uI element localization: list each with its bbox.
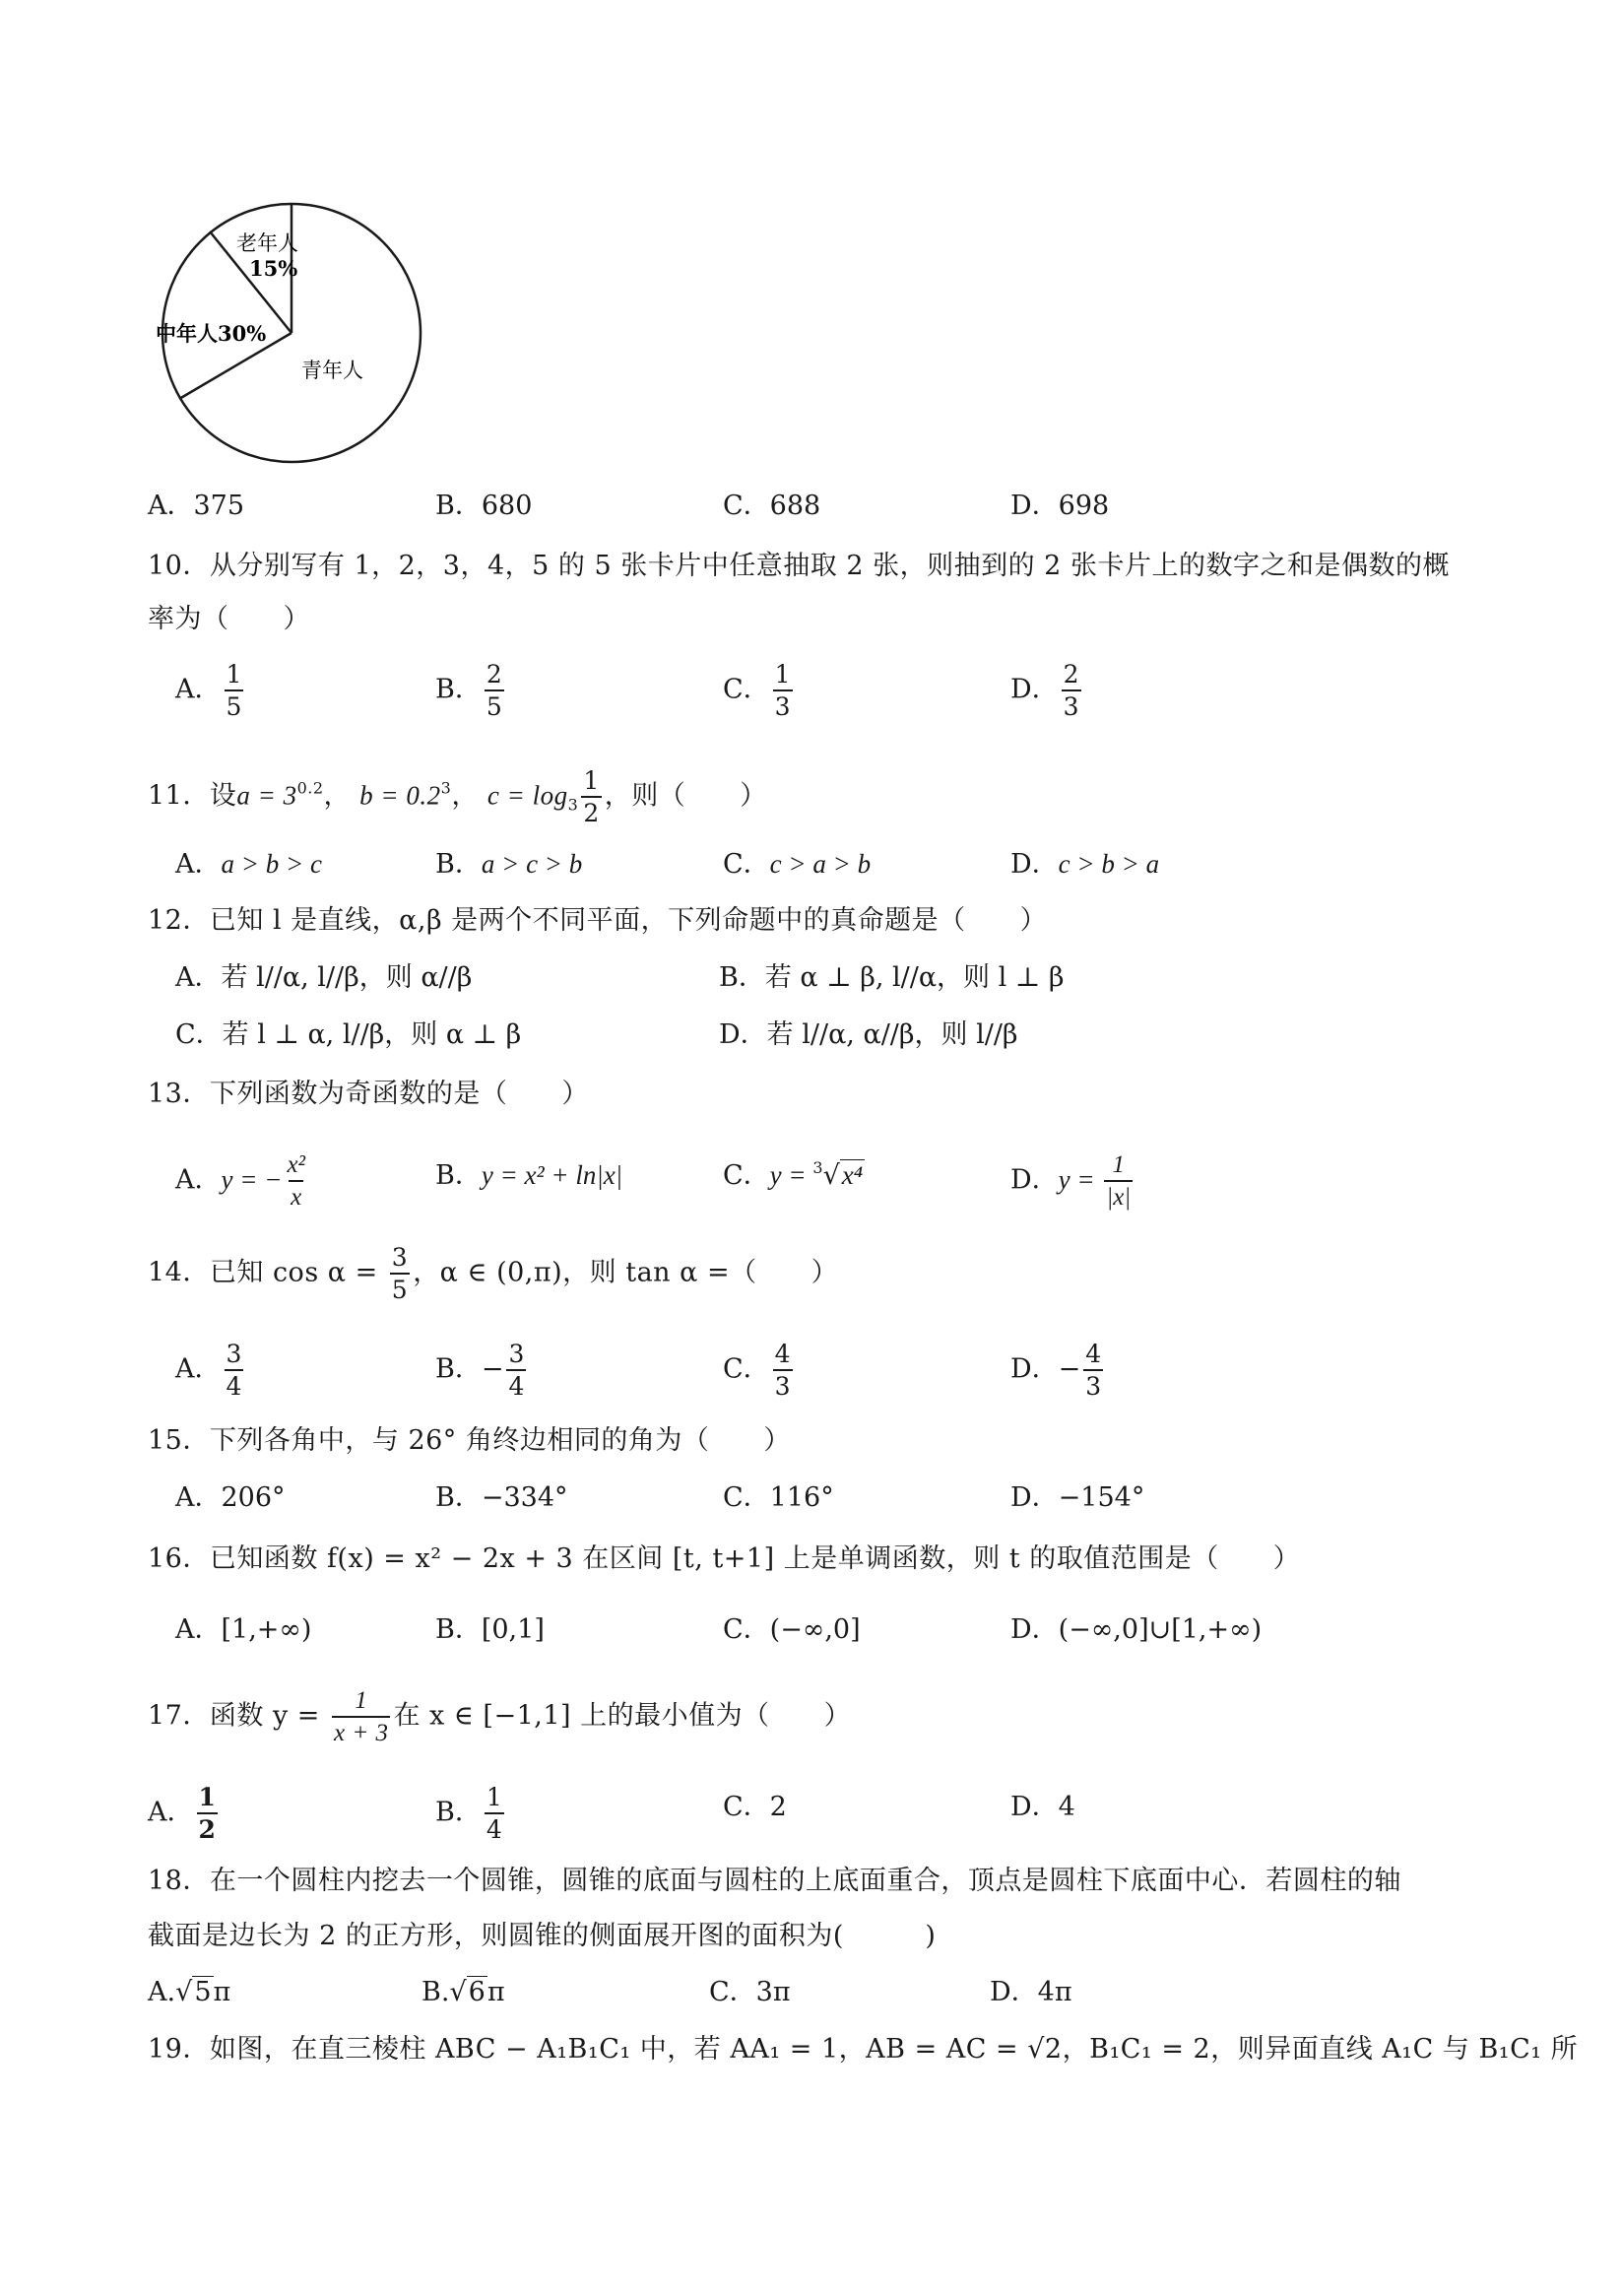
- q16-stem: 16．已知函数 f(x) = x² − 2x + 3 在区间 [t, t+1] …: [148, 1542, 1300, 1576]
- age-distribution-pie-chart: 老年人 15% 中年人30% 青年人: [156, 197, 431, 473]
- q16-option-c[interactable]: C．(−∞,0]: [723, 1613, 861, 1647]
- q18-option-c[interactable]: C．3π: [709, 1976, 791, 2009]
- q15-option-d[interactable]: D．−154°: [1010, 1481, 1144, 1515]
- q11-option-a[interactable]: A．a > b > c: [175, 847, 322, 882]
- q10-stem-line1: 10．从分别写有 1，2，3，4，5 的 5 张卡片中任意抽取 2 张，则抽到的…: [148, 550, 1450, 583]
- q15-option-b[interactable]: B．−334°: [435, 1481, 568, 1515]
- q16-option-a[interactable]: A．[1,+∞): [175, 1613, 311, 1647]
- pie-label-youth: 青年人: [301, 359, 363, 382]
- q10-option-b[interactable]: B．25: [435, 662, 507, 719]
- q9-option-c[interactable]: C．688: [723, 490, 820, 523]
- q15-option-c[interactable]: C．116°: [723, 1481, 834, 1515]
- q12-option-d[interactable]: D．若 l//α, α//β，则 l//β: [719, 1018, 1018, 1052]
- pie-label-elderly-pct: 15%: [249, 256, 297, 281]
- q18-option-a[interactable]: A.√5π: [148, 1976, 230, 2009]
- q13-stem: 13．下列函数为奇函数的是（ ）: [148, 1078, 589, 1111]
- q17-option-d[interactable]: D．4: [1010, 1791, 1075, 1824]
- q12-option-b[interactable]: B．若 α ⊥ β, l//α，则 l ⊥ β: [719, 961, 1064, 995]
- q10-option-a[interactable]: A．15: [175, 662, 246, 719]
- q14-option-c[interactable]: C．43: [723, 1342, 796, 1399]
- pie-label-elderly: 老年人: [236, 231, 298, 255]
- q18-stem-line2: 截面是边长为 2 的正方形，则圆锥的侧面展开图的面积为( ): [148, 1920, 936, 1953]
- pie-label-middle: 中年人30%: [156, 321, 266, 346]
- q14-option-d[interactable]: D．−43: [1010, 1342, 1106, 1399]
- q19-stem: 19．如图，在直三棱柱 ABC − A₁B₁C₁ 中，若 AA₁ = 1，AB …: [148, 2033, 1578, 2066]
- q9-option-b[interactable]: B．680: [435, 490, 532, 523]
- q18-stem-line1: 18．在一个圆柱内挖去一个圆锥，圆锥的底面与圆柱的上底面重合，顶点是圆柱下底面中…: [148, 1865, 1401, 1898]
- q17-option-b[interactable]: B．14: [435, 1785, 507, 1842]
- q17-stem: 17．函数 y = 1x + 3在 x ∈ [−1,1] 上的最小值为（ ）: [148, 1688, 851, 1745]
- q12-stem: 12．已知 l 是直线，α,β 是两个不同平面，下列命题中的真命题是（ ）: [148, 904, 1047, 938]
- q18-option-b[interactable]: B.√6π: [421, 1976, 505, 2009]
- q11-option-d[interactable]: D．c > b > a: [1010, 847, 1159, 882]
- q16-option-d[interactable]: D．(−∞,0]∪[1,+∞): [1010, 1613, 1262, 1647]
- q11-stem: 11．设a = 30.2， b = 0.23， c = log312，则（ ）: [148, 768, 767, 825]
- q14-stem: 14．已知 cos α = 35，α ∈ (0,π)，则 tan α =（ ）: [148, 1245, 838, 1302]
- q13-option-d[interactable]: D．y = 1|x|: [1010, 1152, 1135, 1210]
- q17-option-a[interactable]: A．12: [148, 1785, 221, 1842]
- q17-option-c[interactable]: C．2: [723, 1791, 787, 1824]
- q12-option-a[interactable]: A．若 l//α, l//β，则 α//β: [175, 961, 472, 995]
- q13-option-b[interactable]: B．y = x² + ln|x|: [435, 1158, 622, 1193]
- q10-option-c[interactable]: C．13: [723, 662, 796, 719]
- q12-option-c[interactable]: C．若 l ⊥ α, l//β，则 α ⊥ β: [175, 1018, 521, 1052]
- q14-option-b[interactable]: B．−34: [435, 1342, 529, 1399]
- q15-option-a[interactable]: A．206°: [175, 1481, 286, 1515]
- q13-option-a[interactable]: A．y = −x²x: [175, 1152, 310, 1210]
- q11-option-b[interactable]: B．a > c > b: [435, 847, 582, 882]
- q15-stem: 15．下列各角中，与 26° 角终边相同的角为（ ）: [148, 1424, 791, 1458]
- q18-option-d[interactable]: D．4π: [990, 1976, 1072, 2009]
- q10-option-d[interactable]: D．23: [1010, 662, 1084, 719]
- q14-option-a[interactable]: A．34: [175, 1342, 246, 1399]
- q13-option-c[interactable]: C．y = 3√x⁴: [723, 1158, 865, 1193]
- q11-option-c[interactable]: C．c > a > b: [723, 847, 871, 882]
- q9-option-a[interactable]: A．375: [148, 490, 244, 523]
- q16-option-b[interactable]: B．[0,1]: [435, 1613, 545, 1647]
- q10-stem-line2: 率为（ ）: [148, 603, 310, 636]
- q9-option-d[interactable]: D．698: [1010, 490, 1109, 523]
